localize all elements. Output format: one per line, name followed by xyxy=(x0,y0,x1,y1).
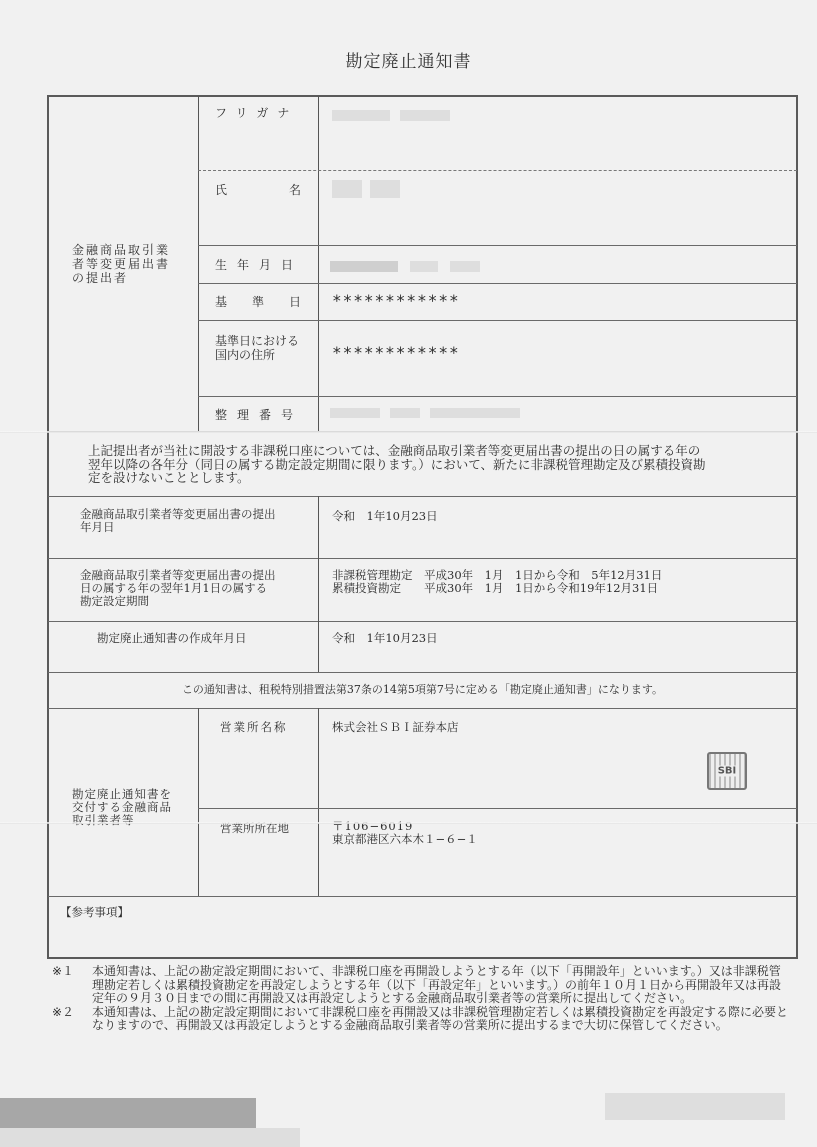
submission-date-label: 金融商品取引業者等変更届出書の提出 年月日 xyxy=(80,508,276,534)
reference-date-label: 基準日 xyxy=(215,295,301,309)
name-label-1: 氏 xyxy=(215,183,227,197)
legal-note: この通知書は、租税特別措置法第37条の14第5項第7号に定める「勘定廃止通知書」… xyxy=(0,683,817,697)
office-name-value: 株式会社ＳＢＩ証券本店 xyxy=(332,721,459,734)
reference-date-value: ************ xyxy=(332,294,460,308)
furigana-value-redacted xyxy=(400,110,450,121)
divider xyxy=(198,170,797,171)
furigana-value-redacted xyxy=(332,110,390,121)
footnote-2: ※２ 本通知書は、上記の勘定設定期間において非課税口座を再開設又は非課税管理勘定… xyxy=(52,1006,792,1033)
office-name-label: 営業所名称 xyxy=(220,721,288,734)
submission-date-value: 令和 1年10月23日 xyxy=(332,510,438,523)
account-period-value: 非課税管理勘定 平成30年 1月 1日から令和 5年12月31日 累積投資勘定 … xyxy=(332,569,662,595)
reference-number-redacted xyxy=(330,408,380,418)
footnote-mark: ※２ xyxy=(52,1006,92,1033)
creation-date-value: 令和 1年10月23日 xyxy=(332,632,438,645)
divider xyxy=(198,283,797,284)
footnote-text: 本通知書は、上記の勘定設定期間において、非課税口座を再開設しようとする年（以下「… xyxy=(92,965,792,1006)
reference-number-redacted xyxy=(390,408,420,418)
company-seal-icon: SBI xyxy=(707,752,747,790)
account-period-label: 金融商品取引業者等変更届出書の提出 日の属する年の翌年1月1日の属する 勘定設定… xyxy=(80,569,276,608)
divider xyxy=(318,708,319,896)
reference-number-redacted xyxy=(430,408,520,418)
birthdate-value-redacted xyxy=(410,261,438,272)
divider xyxy=(198,396,797,397)
divider xyxy=(48,672,797,673)
divider xyxy=(48,896,797,897)
divider xyxy=(198,808,797,809)
divider xyxy=(48,558,797,559)
footnotes: ※１ 本通知書は、上記の勘定設定期間において、非課税口座を再開設しようとする年（… xyxy=(52,965,792,1033)
reference-number-label: 整理番号 xyxy=(215,408,303,422)
reference-date-label-1: 基 xyxy=(215,295,227,309)
address-value: ************ xyxy=(332,346,460,360)
divider xyxy=(318,496,319,672)
reference-label: 【参考事項】 xyxy=(60,906,129,919)
divider xyxy=(198,708,199,896)
footnote-1: ※１ 本通知書は、上記の勘定設定期間において、非課税口座を再開設しようとする年（… xyxy=(52,965,792,1006)
paper-fold xyxy=(0,431,817,433)
divider xyxy=(48,621,797,622)
bottom-redacted-block xyxy=(605,1093,785,1120)
submitter-group-label: 金融商品取引業 者等変更届出書 の提出者 xyxy=(72,243,170,285)
office-address-value: 東京都港区六本木１−６−１ xyxy=(332,833,478,846)
name-label-2: 名 xyxy=(289,183,301,197)
creation-date-label: 勘定廃止通知書の作成年月日 xyxy=(97,632,247,645)
divider xyxy=(198,320,797,321)
statement-text: 上記提出者が当社に開設する非課税口座については、金融商品取引業者等変更届出書の提… xyxy=(88,444,706,485)
divider xyxy=(198,96,199,431)
footnote-mark: ※１ xyxy=(52,965,92,1006)
birthdate-value-redacted xyxy=(330,261,398,272)
divider xyxy=(198,245,797,246)
name-value-redacted xyxy=(332,180,362,198)
name-value-redacted xyxy=(370,180,400,198)
divider xyxy=(48,496,797,497)
divider xyxy=(318,96,319,431)
furigana-label: フリガナ xyxy=(215,106,303,120)
paper-fold xyxy=(0,822,817,824)
divider xyxy=(48,708,797,709)
bottom-redacted-block xyxy=(0,1128,300,1147)
document-title: 勘定廃止通知書 xyxy=(0,47,817,72)
address-label: 基準日における 国内の住所 xyxy=(215,334,299,362)
reference-date-label-3: 日 xyxy=(289,295,301,309)
birthdate-value-redacted xyxy=(450,261,480,272)
birthdate-label: 生年月日 xyxy=(215,258,303,272)
footnote-text: 本通知書は、上記の勘定設定期間において非課税口座を再開設又は非課税管理勘定若しく… xyxy=(92,1006,792,1033)
seal-text: SBI xyxy=(717,766,738,777)
bottom-redacted-block xyxy=(0,1098,256,1128)
reference-date-label-2: 準 xyxy=(252,295,264,309)
name-label: 氏名 xyxy=(215,183,301,197)
